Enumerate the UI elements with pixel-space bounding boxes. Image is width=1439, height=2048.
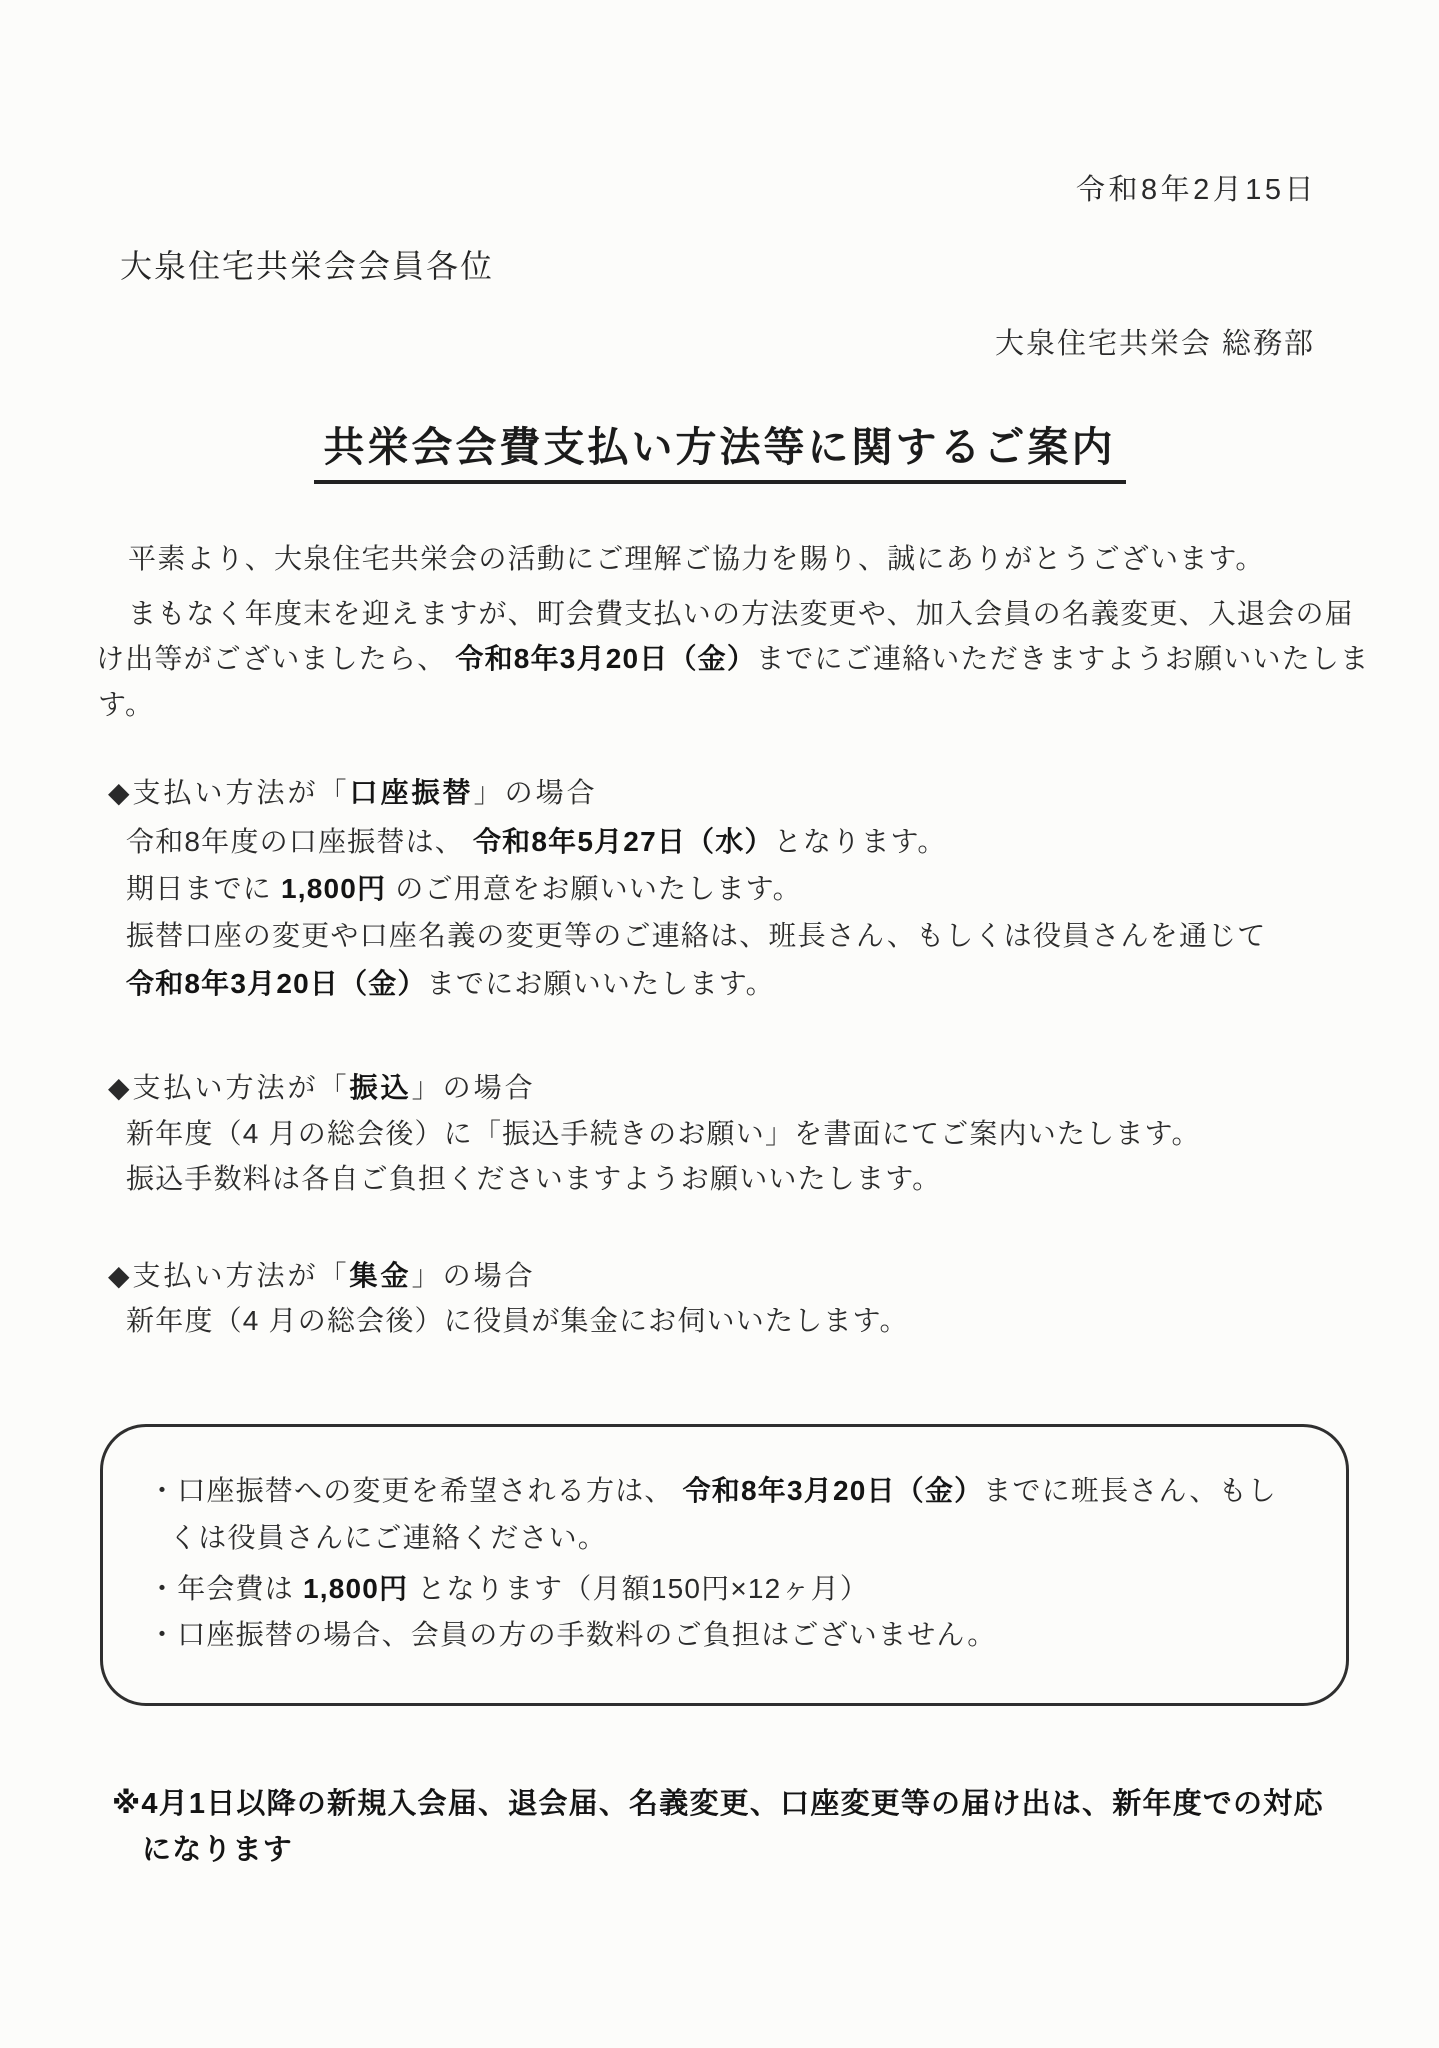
text-segment: 令和8年度の口座振替は、	[126, 826, 473, 857]
text-segment: 1,800円	[303, 1573, 408, 1604]
footnote-line: になります	[142, 1832, 293, 1868]
notice-line: ・口座振替への変更を希望される方は、 令和8年3月20日（金）までに班長さん、も…	[148, 1473, 1277, 1508]
text-segment: ・年会費は	[148, 1573, 303, 1604]
footnote-line: ※4月1日以降の新規入会届、退会届、名義変更、口座変更等の届け出は、新年度での対…	[112, 1786, 1324, 1822]
text-segment: 」の場合	[474, 777, 598, 808]
title-row: 共栄会会費支払い方法等に関するご案内	[0, 414, 1439, 484]
section-heading-koza-furikae: ◆支払い方法が「口座振替」の場合	[108, 775, 598, 810]
intro-line: 平素より、大泉住宅共栄会の活動にご理解ご協力を賜り、誠にありがとうございます。	[128, 541, 1265, 576]
text-segment: け出等がございましたら、	[96, 643, 455, 674]
text-segment: となります（月額150円×12ヶ月）	[408, 1573, 869, 1604]
text-segment: 振込	[350, 1072, 412, 1103]
text-segment: 令和8年3月20日（金）	[126, 968, 427, 999]
page-title: 共栄会会費支払い方法等に関するご案内	[314, 414, 1126, 484]
text-segment: 令和8年5月27日（水）	[473, 826, 774, 857]
text-segment: ・口座振替への変更を希望される方は、	[148, 1475, 683, 1506]
text-segment: 期日までに	[126, 873, 281, 904]
addressee-line: 大泉住宅共栄会会員各位	[120, 246, 494, 286]
notice-line: ・年会費は 1,800円 となります（月額150円×12ヶ月）	[148, 1571, 869, 1606]
text-segment: 口座振替	[350, 777, 474, 808]
text-segment: ◆支払い方法が「	[108, 1260, 350, 1291]
intro-line: す。	[98, 687, 154, 722]
text-segment: くは役員さんにご連絡ください。	[169, 1522, 607, 1553]
text-segment: 令和8年3月20日（金）	[455, 643, 756, 674]
section-heading-shukin: ◆支払い方法が「集金」の場合	[108, 1258, 536, 1293]
text-segment: 」の場合	[412, 1260, 536, 1291]
notice-box: ・口座振替への変更を希望される方は、 令和8年3月20日（金）までに班長さん、も…	[100, 1424, 1349, 1706]
section-line: 期日までに 1,800円 のご用意をお願いいたします。	[126, 871, 802, 906]
section-line: 新年度（4 月の総会後）に役員が集金にお伺いいたします。	[126, 1303, 909, 1338]
document-date: 令和8年2月15日	[1076, 172, 1317, 208]
text-segment: 」の場合	[412, 1072, 536, 1103]
text-segment: 新年度（4 月の総会後）に役員が集金にお伺いいたします。	[126, 1305, 909, 1336]
section-line: 令和8年3月20日（金）までにお願いいたします。	[126, 966, 775, 1001]
section-line: 新年度（4 月の総会後）に「振込手続きのお願い」を書面にてご案内いたします。	[126, 1116, 1201, 1151]
section-line: 令和8年度の口座振替は、 令和8年5月27日（水）となります。	[126, 824, 947, 859]
sender-line: 大泉住宅共栄会 総務部	[995, 326, 1315, 362]
text-segment: までにお願いいたします。	[427, 968, 775, 999]
text-segment: まもなく年度末を迎えますが、町会費支払いの方法変更や、加入会員の名義変更、入退会…	[128, 598, 1354, 629]
text-segment: ◆支払い方法が「	[108, 1072, 350, 1103]
text-segment: ・口座振替の場合、会員の方の手数料のご負担はございません。	[148, 1619, 996, 1650]
text-segment: のご用意をお願いいたします。	[386, 873, 802, 904]
text-segment: ※4月1日以降の新規入会届、退会届、名義変更、口座変更等の届け出は、新年度での対…	[112, 1788, 1324, 1820]
text-segment: 集金	[350, 1260, 412, 1291]
text-segment: 令和8年3月20日（金）	[683, 1475, 984, 1506]
text-segment: 1,800円	[281, 873, 386, 904]
section-line: 振込手数料は各自ご負担くださいますようお願いいたします。	[126, 1161, 941, 1196]
text-segment: までにご連絡いただきますようお願いいたしま	[756, 643, 1369, 674]
text-segment: 振替口座の変更や口座名義の変更等のご連絡は、班長さん、もしくは役員さんを通じて	[126, 920, 1267, 951]
text-segment: ◆支払い方法が「	[108, 777, 350, 808]
intro-line: け出等がございましたら、 令和8年3月20日（金）までにご連絡いただきますようお…	[96, 641, 1369, 676]
section-heading-furikomi: ◆支払い方法が「振込」の場合	[108, 1070, 536, 1105]
text-segment: となります。	[774, 826, 947, 857]
section-line: 振替口座の変更や口座名義の変更等のご連絡は、班長さん、もしくは役員さんを通じて	[126, 918, 1267, 953]
text-segment: 振込手数料は各自ご負担くださいますようお願いいたします。	[126, 1163, 941, 1194]
intro-line: まもなく年度末を迎えますが、町会費支払いの方法変更や、加入会員の名義変更、入退会…	[128, 596, 1354, 631]
scanned-letter-page: 令和8年2月15日 大泉住宅共栄会会員各位 大泉住宅共栄会 総務部 共栄会会費支…	[0, 0, 1439, 2048]
text-segment: までに班長さん、もし	[983, 1475, 1277, 1506]
text-segment: す。	[98, 689, 154, 720]
text-segment: になります	[142, 1834, 293, 1866]
notice-line: くは役員さんにご連絡ください。	[169, 1520, 607, 1555]
text-segment: 平素より、大泉住宅共栄会の活動にご理解ご協力を賜り、誠にありがとうございます。	[128, 543, 1265, 574]
notice-line: ・口座振替の場合、会員の方の手数料のご負担はございません。	[148, 1617, 996, 1652]
text-segment: 新年度（4 月の総会後）に「振込手続きのお願い」を書面にてご案内いたします。	[126, 1118, 1201, 1149]
